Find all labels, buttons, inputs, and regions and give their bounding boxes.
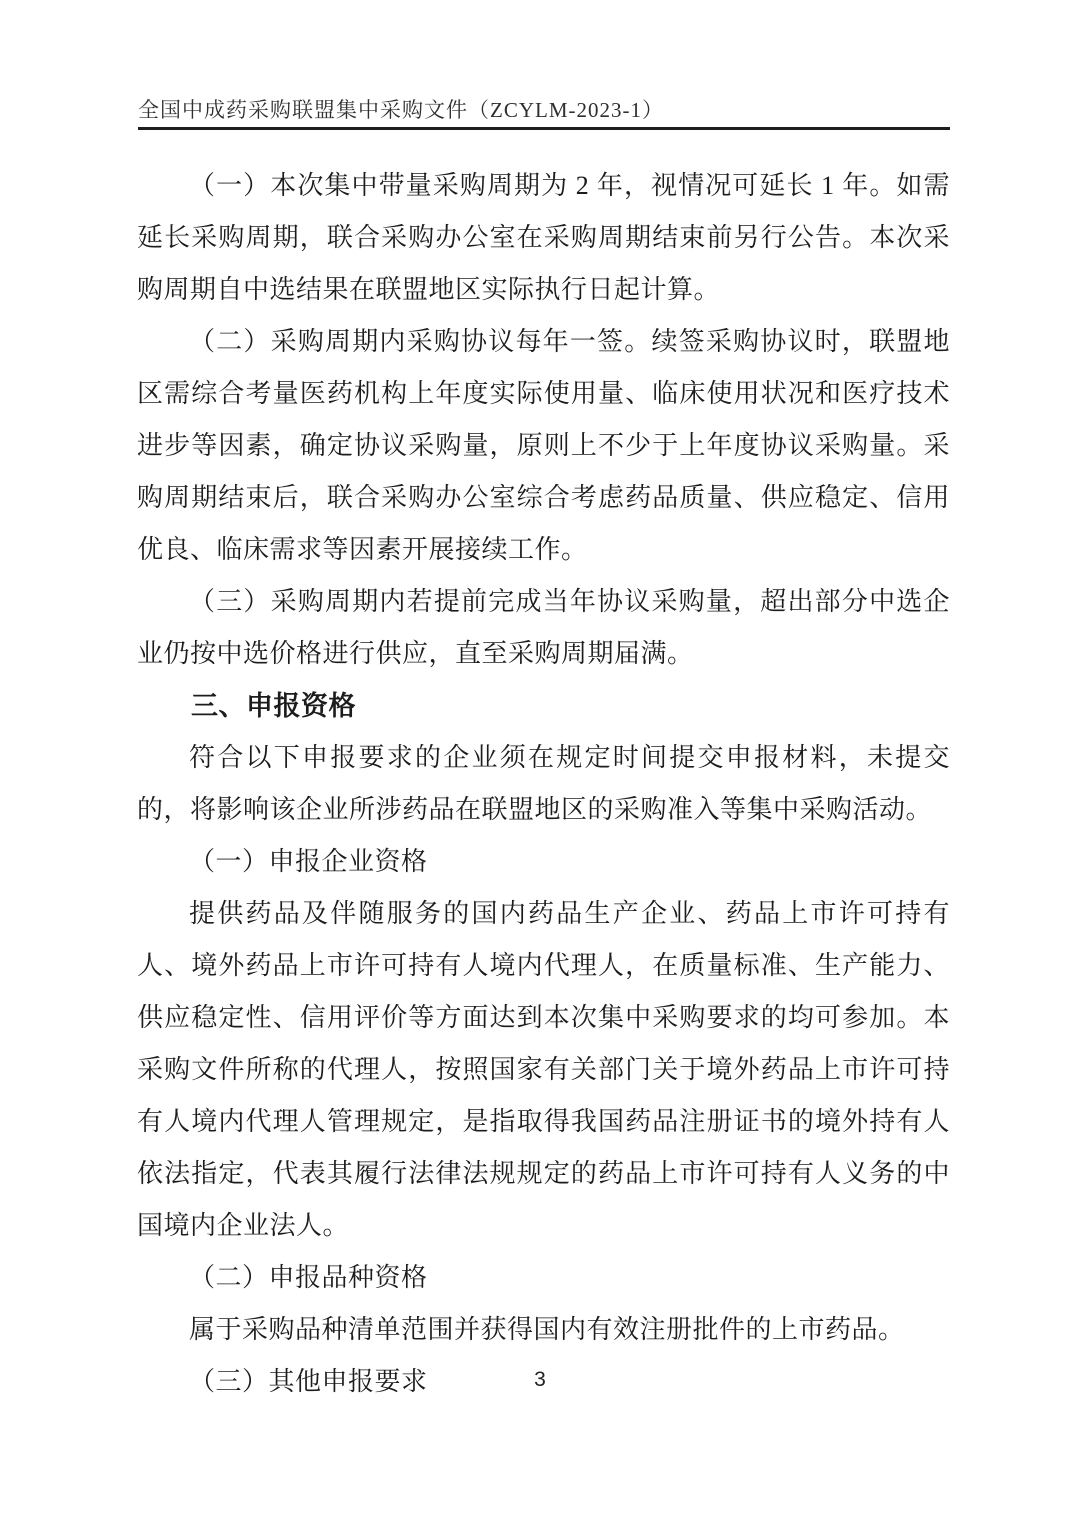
paragraph-early-completion: （三）采购周期内若提前完成当年协议采购量，超出部分中选企业仍按中选价格进行供应，… <box>137 576 950 680</box>
document-header-title: 全国中成药采购联盟集中采购文件（ZCYLM-2023-1） <box>138 94 950 124</box>
paragraph-enterprise-qualification-detail: 提供药品及伴随服务的国内药品生产企业、药品上市许可持有人、境外药品上市许可持有人… <box>137 888 950 1252</box>
section-heading-application-qualification: 三、申报资格 <box>137 680 950 732</box>
paragraph-variety-qualification-detail: 属于采购品种清单范围并获得国内有效注册批件的上市药品。 <box>137 1304 950 1356</box>
document-page: 全国中成药采购联盟集中采购文件（ZCYLM-2023-1） （一）本次集中带量采… <box>0 0 1080 1526</box>
paragraph-submission-requirement: 符合以下申报要求的企业须在规定时间提交申报材料，未提交的，将影响该企业所涉药品在… <box>137 732 950 836</box>
subheading-enterprise-qualification: （一）申报企业资格 <box>137 836 950 888</box>
subheading-variety-qualification: （二）申报品种资格 <box>137 1252 950 1304</box>
header-divider <box>138 127 950 130</box>
page-number: 3 <box>0 1368 1080 1392</box>
paragraph-procurement-cycle: （一）本次集中带量采购周期为 2 年，视情况可延长 1 年。如需延长采购周期，联… <box>137 160 950 316</box>
document-body: （一）本次集中带量采购周期为 2 年，视情况可延长 1 年。如需延长采购周期，联… <box>137 160 950 1408</box>
paragraph-agreement-renewal: （二）采购周期内采购协议每年一签。续签采购协议时，联盟地区需综合考量医药机构上年… <box>137 316 950 576</box>
